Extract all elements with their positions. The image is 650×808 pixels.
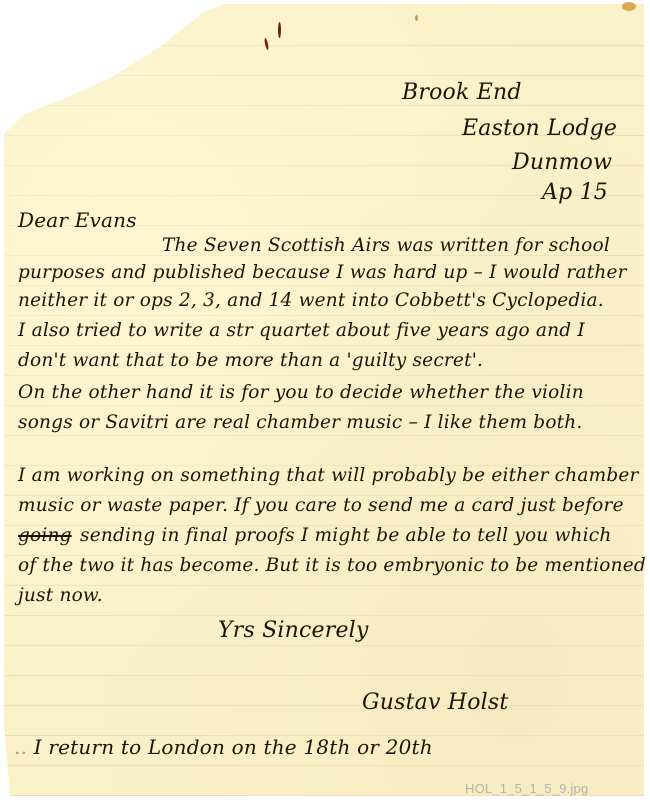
letter-line: songs or Savitri are real chamber music … <box>18 412 583 433</box>
address-line-2: Easton Lodge <box>462 116 617 141</box>
paper-stain <box>622 2 636 11</box>
struck-word: going <box>18 525 72 546</box>
letter-line: just now. <box>18 585 103 606</box>
letter-line: sending in final proofs I might be able … <box>80 525 611 546</box>
letter-line: I am working on something that will prob… <box>18 465 639 486</box>
ps-mark: .. <box>14 735 34 759</box>
letter-line: On the other hand it is for you to decid… <box>18 382 584 403</box>
signature: Gustav Holst <box>362 690 508 715</box>
letter-line: music or waste paper. If you care to sen… <box>18 495 624 516</box>
letter-line: of the two it has become. But it is too … <box>18 555 646 576</box>
letter-line: The Seven Scottish Airs was written for … <box>162 235 610 256</box>
letter-line: don't want that to be more than a 'guilt… <box>18 350 483 371</box>
letter-line: I also tried to write a str quartet abou… <box>18 320 585 341</box>
image-filename-label: HOL_1_5_1_5_9.jpg <box>465 781 588 796</box>
letter-date: Ap 15 <box>542 180 608 205</box>
address-line-1: Brook End <box>402 80 522 105</box>
salutation: Dear Evans <box>18 208 137 232</box>
postscript-text: I return to London on the 18th or 20th <box>34 735 433 759</box>
address-line-3: Dunmow <box>512 150 612 175</box>
letter-line: neither it or ops 2, 3, and 14 went into… <box>18 290 604 311</box>
closing: Yrs Sincerely <box>218 618 369 643</box>
postscript: .. I return to London on the 18th or 20t… <box>14 735 433 759</box>
ink-spot <box>278 22 281 38</box>
letter-line: purposes and published because I was har… <box>18 262 627 283</box>
paper-stain <box>415 15 418 21</box>
